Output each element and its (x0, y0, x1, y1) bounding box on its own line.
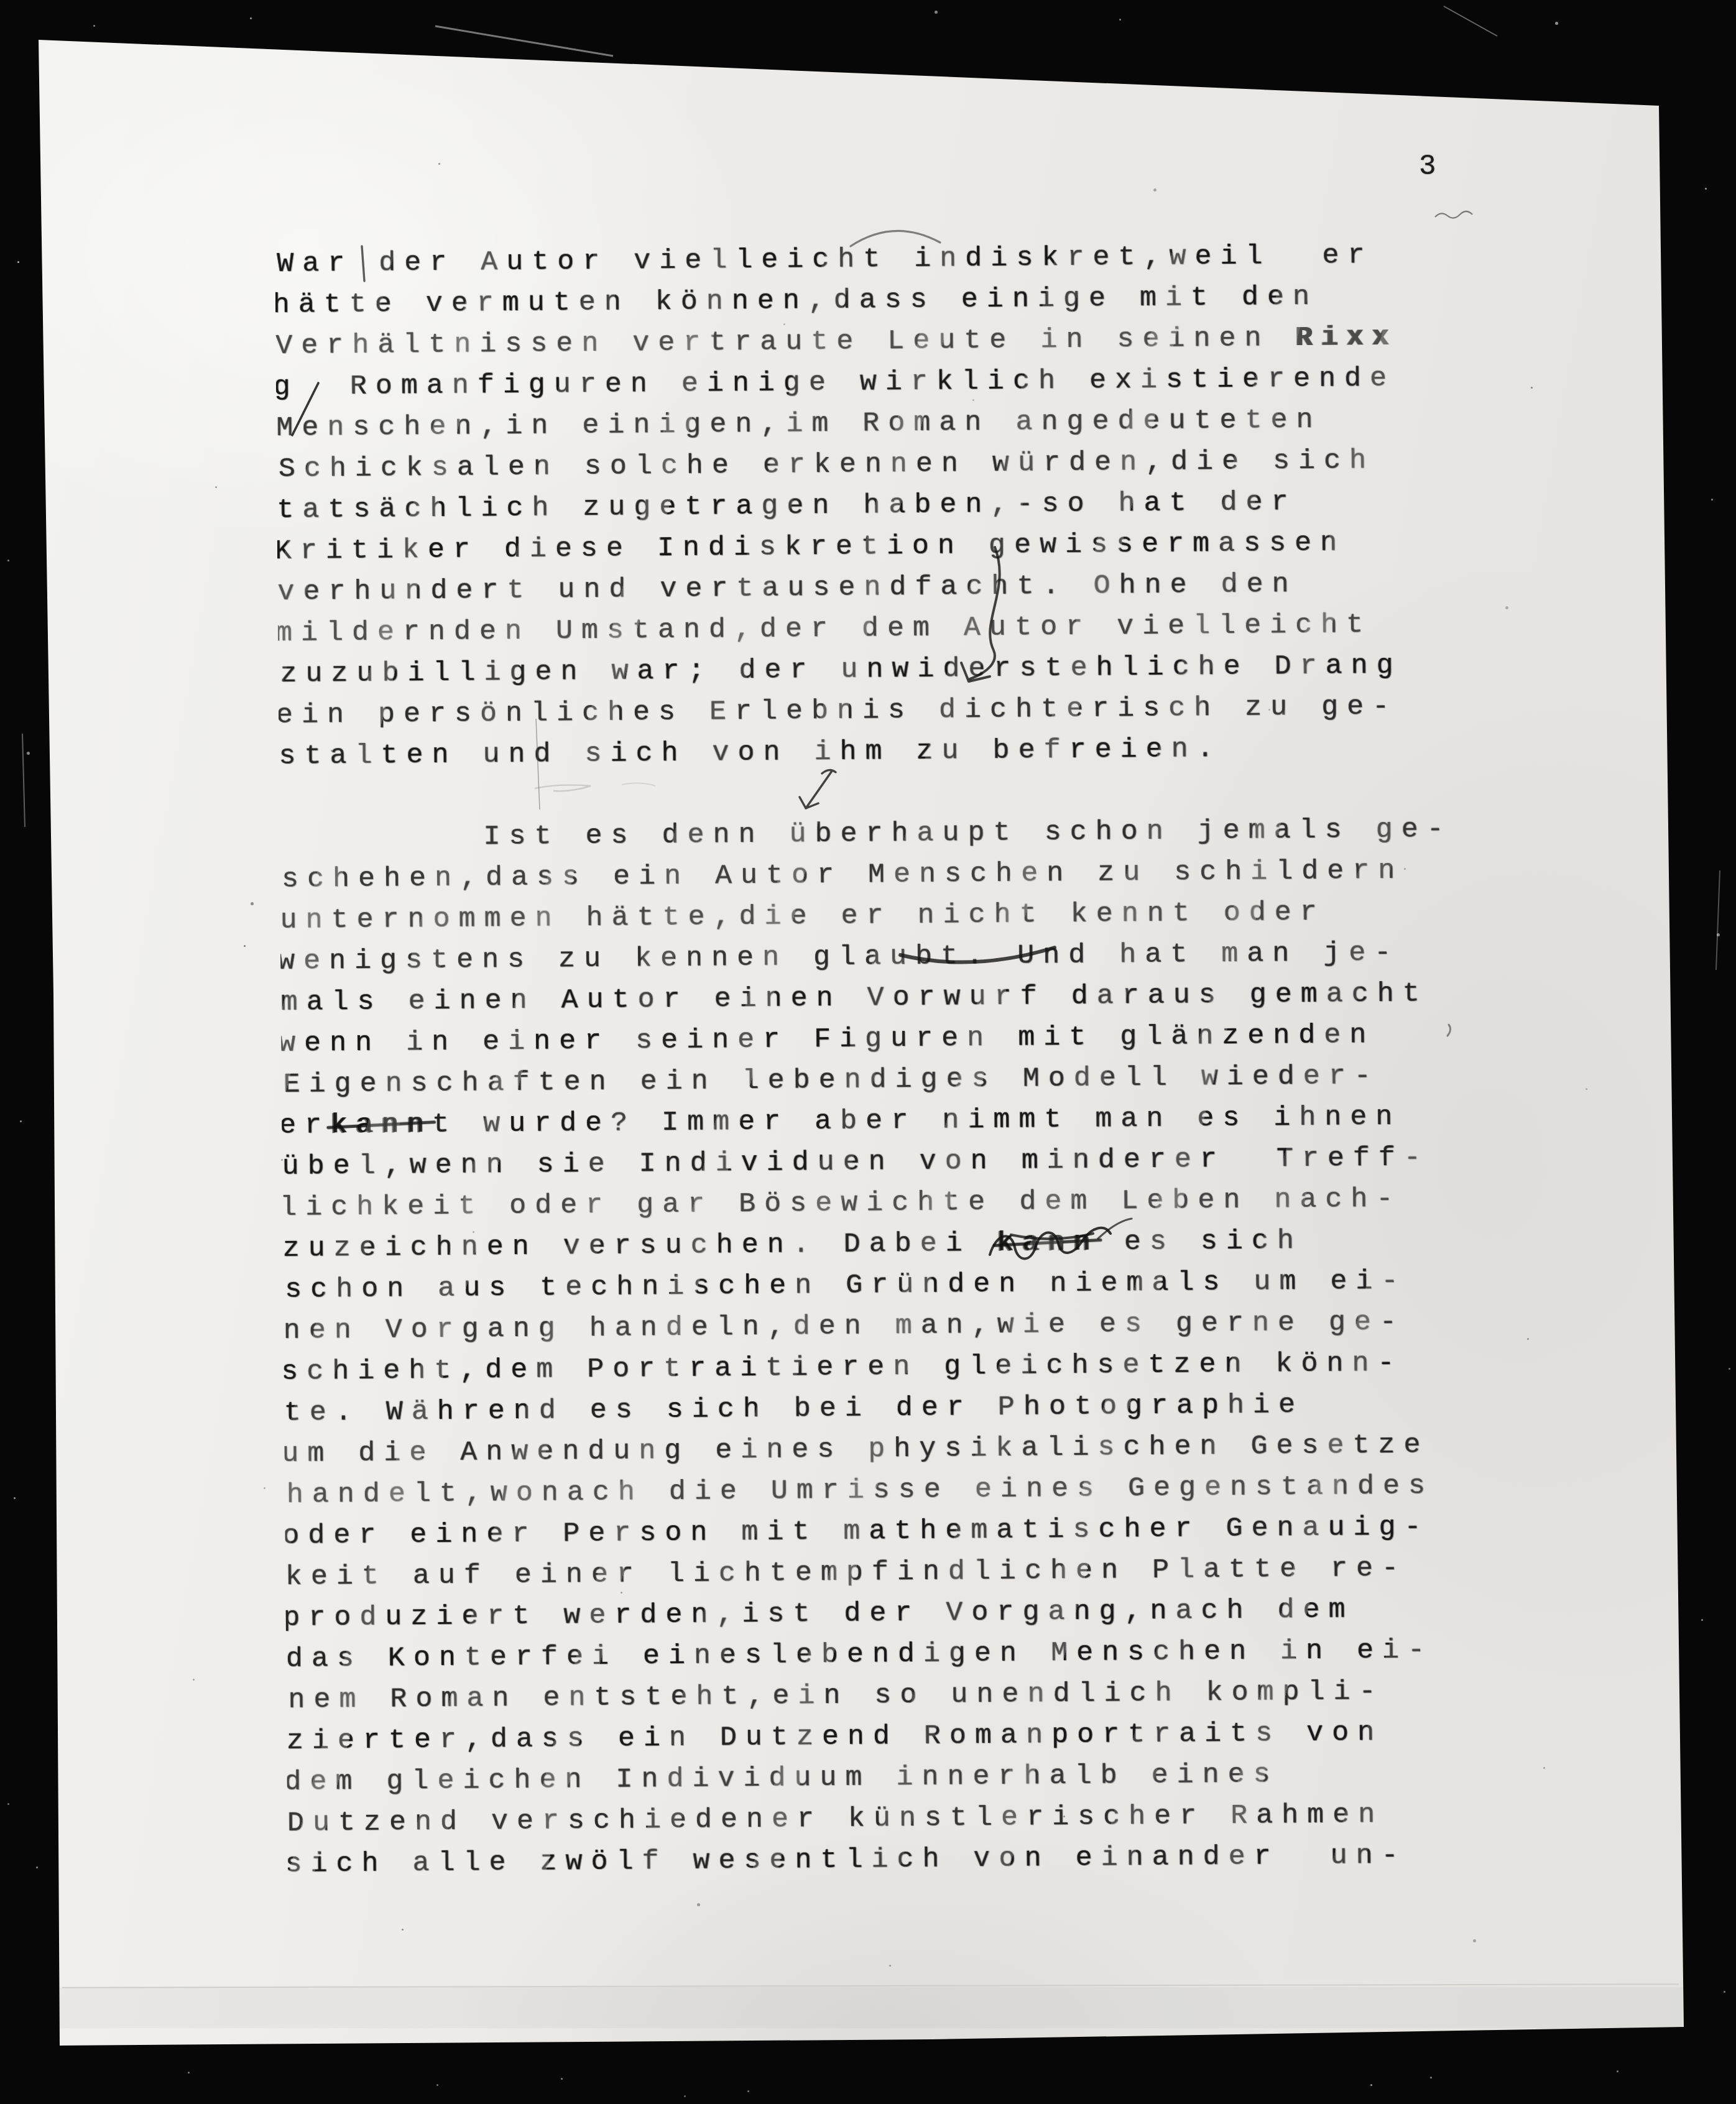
strike-word: kann (997, 1227, 1099, 1259)
border-scratch-top (435, 26, 613, 56)
page-number: 3 (1419, 150, 1436, 183)
scanned-document: 3 War der Autor vielleicht indiskret,wei… (0, 0, 1736, 2104)
crease-shadow-band (60, 1987, 1683, 2028)
border-scratch-right (1716, 870, 1720, 970)
dust-speck-noise (0, 0, 2, 2)
border-scratch-topright (1444, 6, 1497, 36)
typewritten-text-block: War der Autor vielleicht indiskret,weil … (275, 234, 1594, 1885)
heavy-word: Rixx (1295, 321, 1397, 354)
border-scratch-left (22, 734, 25, 827)
strike-word: kann (330, 1109, 432, 1141)
paper-sheet: 3 War der Autor vielleicht indiskret,wei… (0, 0, 1736, 2104)
